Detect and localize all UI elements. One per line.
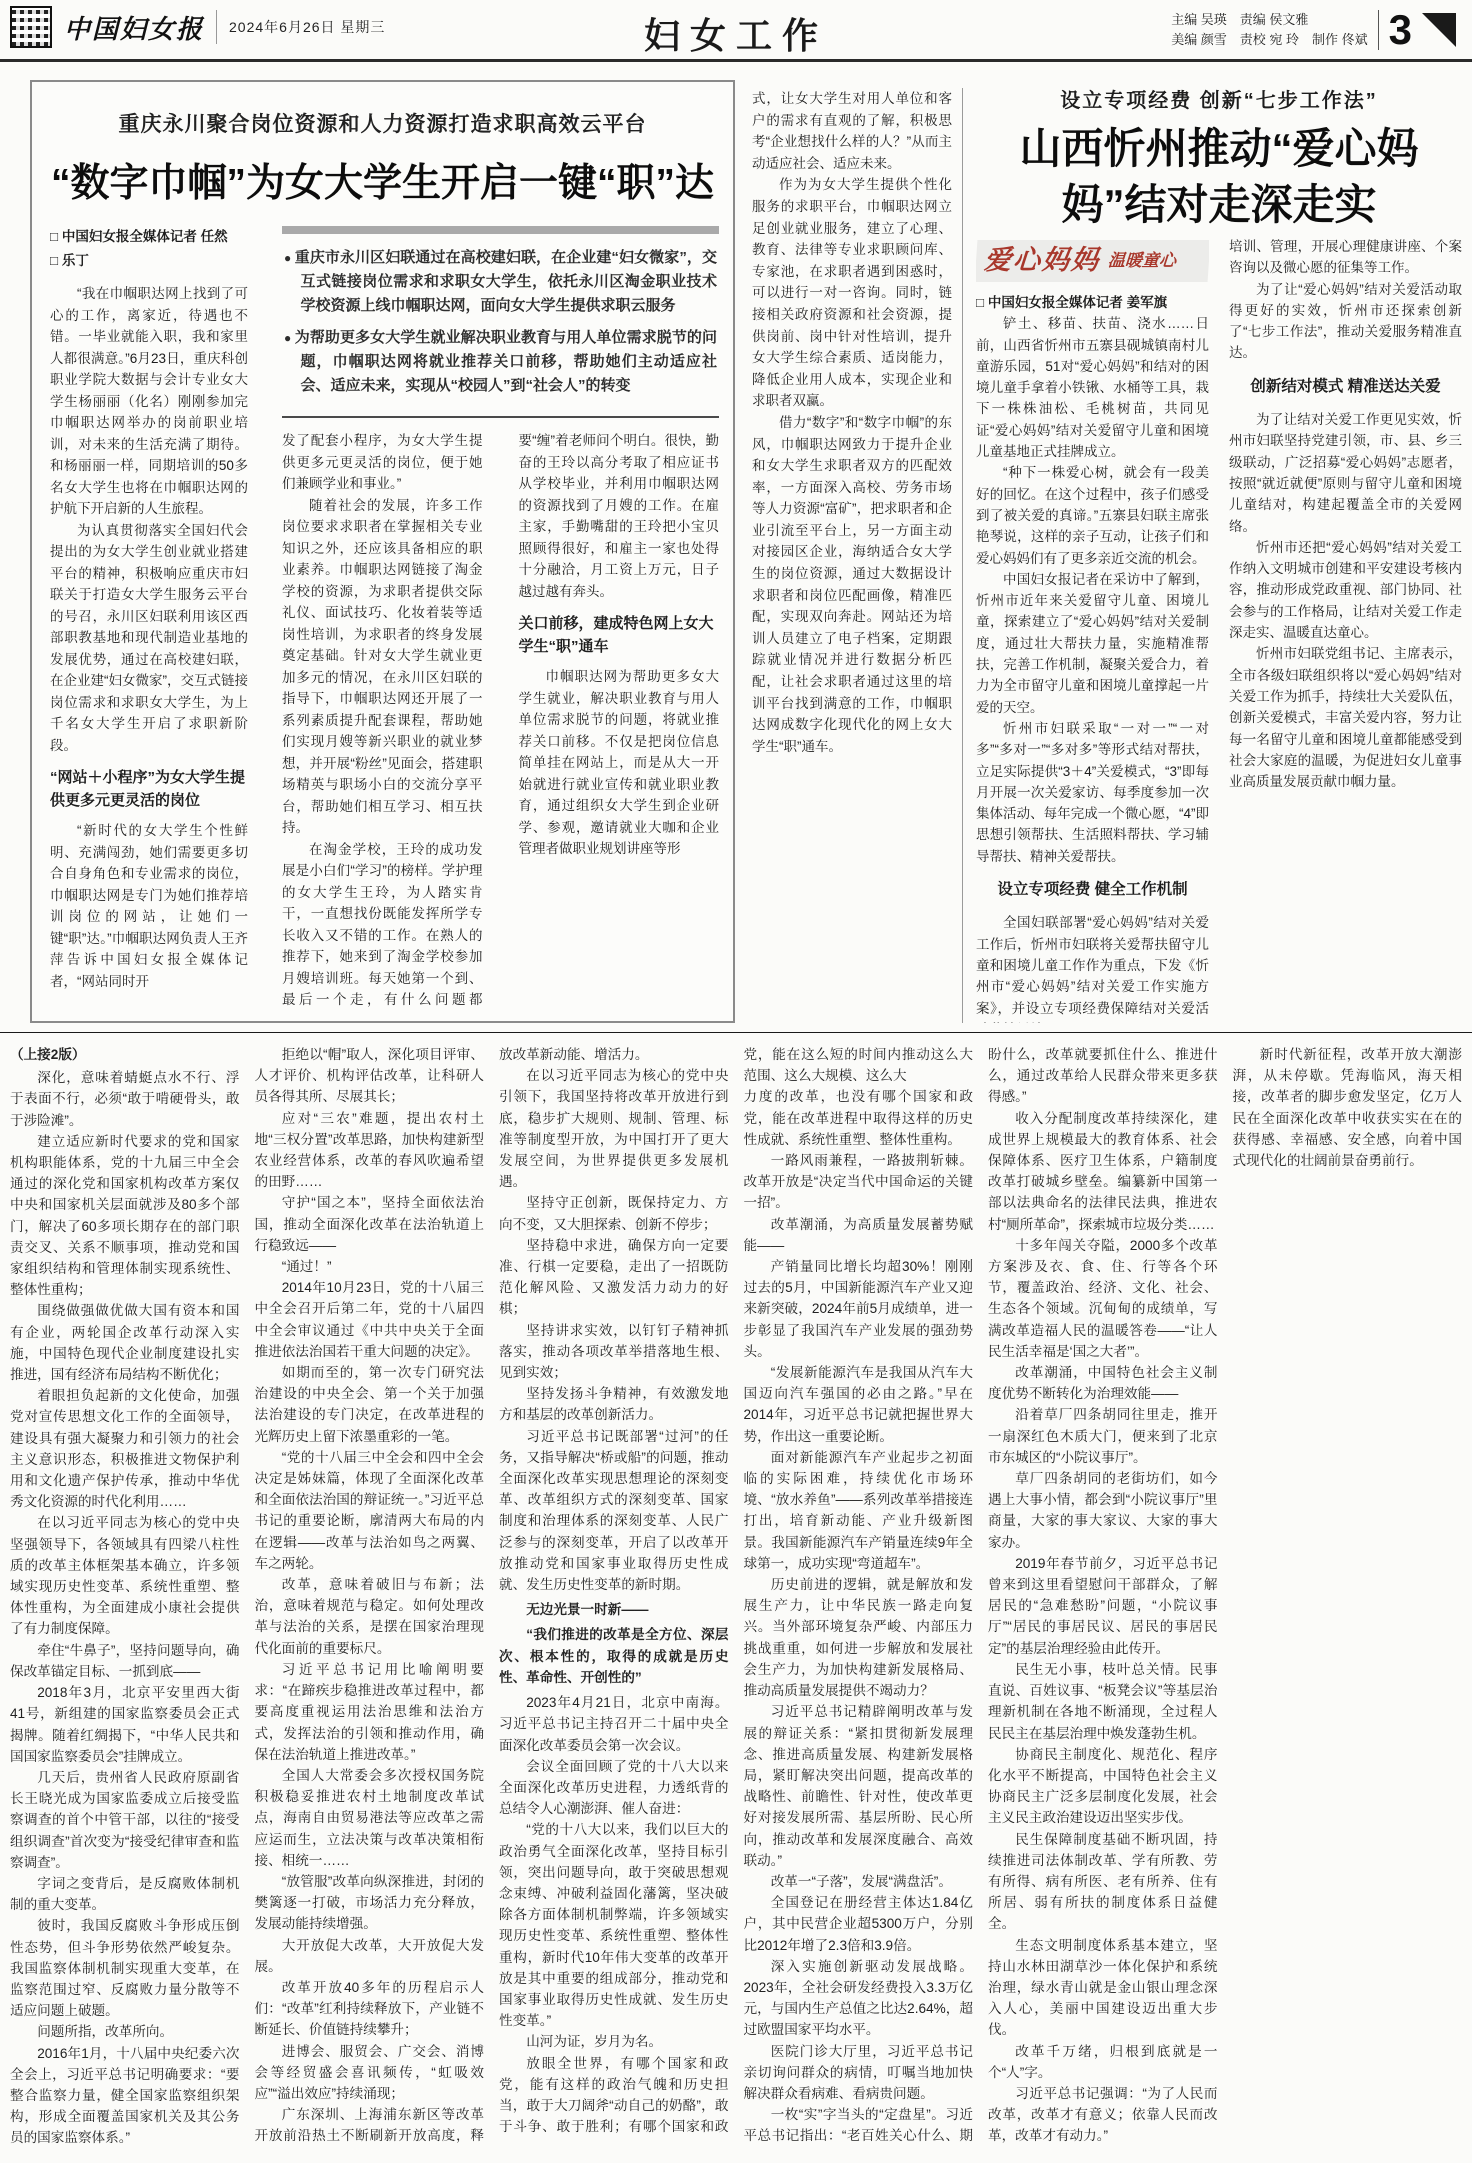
- main-article-columns-2-3: 发了配套小程序，为女大学生提供更多元更灵活的岗位，便于她们兼顾学业和事业。”随着…: [282, 430, 719, 1018]
- section-divider-rule: [0, 1032, 1472, 1033]
- vertical-rule: [962, 88, 963, 1023]
- continued-from-marker: （上接2版）: [10, 1044, 240, 1065]
- paragraph: “种下一株爱心树，就会有一段美好的回忆。在这个过程中，孩子们感受到了被关爱的真谛…: [976, 462, 1209, 568]
- page-number-divider: [1378, 10, 1379, 50]
- right-article: 设立专项经费 创新“七步工作法” 山西忻州推动“爱心妈妈”结对走深走实 爱心妈妈…: [976, 84, 1462, 1023]
- staff-line-2: 美编 颜雪 责校 宛 玲 制作 佟斌: [1171, 30, 1367, 50]
- summary-bullets: 重庆市永川区妇联通过在高校建妇联，在企业建“妇女微家”，交互式链接岗位需求和求职…: [282, 226, 719, 418]
- paragraph: 全国人大常委会多次授权国务院积极稳妥推进农村土地制度改革试点，海南自由贸易港法等…: [255, 1765, 485, 1871]
- paragraph: 拒绝以“帽”取人，深化项目评审、人才评价、机构评估改革，让科研人员各得其所、尽展…: [255, 1044, 485, 1108]
- paragraph: 围绕做强做优做大国有资本和国有企业，两轮国企改革行动深入实施，中国特色现代企业制…: [10, 1300, 240, 1385]
- masthead-logo: 中国妇女报: [64, 9, 204, 46]
- paragraph: 改革，意味着破旧与布新；法治，意味着规范与稳定。如何处理改革与法治的关系，是摆在…: [255, 1574, 485, 1659]
- paragraph: 全国妇联部署“爱心妈妈”结对关爱工作后，忻州市妇联将关爱帮扶留守儿童和困境儿童工…: [976, 912, 1209, 1023]
- right-article-column-1: 爱心妈妈 温暖童心 □ 中国妇女报全媒体记者 姜军旗铲土、移苗、扶苗、浇水……日…: [976, 236, 1209, 1023]
- paragraph: 生态文明制度体系基本建立，坚持山水林田湖草沙一体化保护和系统治理，绿水青山就是金…: [988, 1935, 1218, 2041]
- bold-paragraph: “我们推进的改革是全方位、深层次、根本性的，取得的成就是历史性、革命性、开创性的…: [499, 1624, 729, 1688]
- byline: □ 中国妇女报全媒体记者 任然: [50, 226, 248, 248]
- paragraph: 彼时，我国反腐败斗争形成压倒性态势，但斗争形势依然严峻复杂。我国监察体制机制实现…: [10, 1915, 240, 2021]
- paragraph: 建立适应新时代要求的党和国家机构职能体系，党的十九届三中全会通过的深化党和国家机…: [10, 1131, 240, 1301]
- section-title: 妇女工作: [644, 8, 828, 59]
- paragraph: 守护“国之本”，坚持全面依法治国，推动全面深化改革在法治轨道上行稳致远——: [255, 1192, 485, 1256]
- paragraph: 山河为证，岁月为名。: [499, 2031, 729, 2052]
- paragraph: 改革一“子落”，发展“满盘活”。: [744, 1871, 974, 1892]
- paragraph: 几天后，贵州省人民政府原副省长王晓光成为国家监委成立后接受监察调查的首个中管干部…: [10, 1767, 240, 1873]
- paragraph-continuation: 发了配套小程序，为女大学生提供更多元更灵活的岗位，便于她们兼顾学业和事业。”: [282, 430, 483, 495]
- paragraph: 改革千万绪，归根到底就是一个“人”字。: [988, 2041, 1218, 2083]
- header-divider: [216, 10, 217, 44]
- paragraph: 牵住“牛鼻子”，坚持问题导向，确保改革锚定目标、一抓到底——: [10, 1640, 240, 1682]
- paragraph: 习近平总书记用比喻阐明要求：“在蹄疾步稳推进改革过程中，都要高度重视运用法治思维…: [255, 1659, 485, 1765]
- qr-code-icon: [10, 6, 52, 48]
- paragraph: 深化，意味着蜻蜓点水不行、浮于表面不行，必须“敢于啃硬骨头，敢于涉险滩”。: [10, 1067, 240, 1131]
- paragraph: 一路风雨兼程，一路披荆斩棘。改革开放是“决定当代中国命运的关键一招”。: [744, 1150, 974, 1214]
- paragraph: 作为为女大学生提供个性化服务的求职平台，巾帼职达网立足创业就业服务，建立了心理、…: [752, 174, 952, 412]
- paragraph: 大开放促大改革，大开放促大发展。: [255, 1935, 485, 1977]
- paragraph: 收入分配制度改革持续深化，建成世界上规模最大的教育体系、社会保障体系、医疗卫生体…: [988, 1108, 1218, 1235]
- paragraph: 应对“三农”难题，提出农村土地“三权分置”改革思路，加快构建新型农业经营体系，改…: [255, 1108, 485, 1193]
- paragraph: 习近平总书记精辟阐明改革与发展的辩证关系：“紧扣贯彻新发展理念、推进高质量发展、…: [744, 1701, 974, 1871]
- paragraph: 坚持讲求实效，以钉钉子精神抓落实，推动各项改革举措落地生根、见到实效；: [499, 1320, 729, 1384]
- paragraph: 改革潮涌，为高质量发展蓄势赋能——: [744, 1214, 974, 1256]
- paragraph-continuation: 式，让女大学生对用人单位和客户的需求有直观的了解，积极思考“企业想找什么样的人？…: [752, 88, 952, 174]
- right-article-kicker: 设立专项经费 创新“七步工作法”: [976, 84, 1462, 113]
- page-number: 3: [1389, 8, 1412, 52]
- paragraph: 在以习近平同志为核心的党中央引领下，我国坚持将改革开放进行到底，稳步扩大规则、规…: [499, 1065, 729, 1192]
- subhead: 关口前移，建成特色网上女大学生“职”通车: [519, 612, 720, 658]
- paragraph: 进博会、服贸会、广交会、消博会等经贸盛会喜讯频传，“虹吸效应”“溢出效应”持续涌…: [255, 2041, 485, 2105]
- paragraph-continuation: 培训、管理，开展心理健康讲座、个案咨询以及微心愿的征集等工作。: [1229, 236, 1462, 279]
- staff-credits: 主编 吴瑛 责编 侯文雅 美编 颜雪 责校 宛 玲 制作 佟斌: [1171, 10, 1367, 50]
- subhead: 创新结对模式 精准送达关爱: [1229, 376, 1462, 397]
- paragraph: “党的十八大以来，我们以巨大的政治勇气全面深化改革，坚持目标引领，突出问题导向，…: [499, 1819, 729, 2031]
- right-article-headline: 山西忻州推动“爱心妈妈”结对走深走实: [976, 121, 1462, 233]
- paragraph: 改革潮涌，中国特色社会主义制度优势不断转化为治理效能——: [988, 1362, 1218, 1404]
- summary-bullet: 为帮助更多女大学生就业解决职业教育与用人单位需求脱节的问题，巾帼职达网将就业推荐…: [284, 326, 717, 398]
- paragraph: 为了让“爱心妈妈”结对关爱活动取得更好的实效，忻州市还探索创新了“七步工作法”，…: [1229, 279, 1462, 364]
- paragraph: “我在巾帼职达网上找到了可心的工作，离家近，待遇也不错。一毕业就能入职，我和家里…: [50, 283, 248, 520]
- paragraph: 全国登记在册经营主体达1.84亿户，其中民营企业超5300万户，分别比2012年…: [744, 1892, 974, 1956]
- paragraph: 在以习近平同志为核心的党中央坚强领导下，各领域具有四梁八柱性质的改革主体框架基本…: [10, 1512, 240, 1639]
- paragraph: 2018年3月，北京平安里西大街41号，新组建的国家监察委员会正式揭牌。随着红绸…: [10, 1682, 240, 1767]
- summary-bullet: 重庆市永川区妇联通过在高校建妇联，在企业建“妇女微家”，交互式链接岗位需求和求职…: [284, 246, 717, 318]
- paragraph: 为认真贯彻落实全国妇代会提出的为女大学生创业就业搭建平台的精神，积极响应重庆市妇…: [50, 520, 248, 757]
- paragraph: 借力“数字”和“数字巾帼”的东风，巾帼职达网致力于提升企业和女大学生求职者双方的…: [752, 412, 952, 758]
- paragraph: 历史前进的逻辑，就是解放和发展生产力，让中华民族一路走向复兴。当外部环境复杂严峻…: [744, 1574, 974, 1701]
- main-article-body: □ 中国妇女报全媒体记者 任然□ 乐丁“我在巾帼职达网上找到了可心的工作，离家近…: [50, 226, 715, 1006]
- paragraph: 坚持发扬斗争精神，有效激发地方和基层的改革创新活力。: [499, 1383, 729, 1425]
- paragraph: 习近平总书记既部署“过河”的任务，又指导解决“桥或船”的问题，推动全面深化改革实…: [499, 1426, 729, 1596]
- continuation-article: （上接2版）深化，意味着蜻蜓点水不行、浮于表面不行，必须“敢于啃硬骨头，敢于涉险…: [10, 1044, 1462, 2149]
- paragraph: 民生无小事，枝叶总关情。民事直说、百姓议事、“板凳会议”等基层治理新机制在各地不…: [988, 1659, 1218, 1744]
- paragraph: 习近平总书记强调：“为了人民而改革，改革才有意义；依靠人民而改革，改革才有动力。…: [988, 2083, 1218, 2147]
- bold-paragraph: 无边光景一时新——: [499, 1599, 729, 1620]
- staff-line-1: 主编 吴瑛 责编 侯文雅: [1171, 10, 1367, 30]
- paragraph: 随着社会的发展，许多工作岗位要求求职者在掌握相关专业知识之外，还应该具备相应的职…: [282, 495, 483, 839]
- paragraph: 忻州市妇联采取“一对一”“一对多”“多对一”“多对多”等形式结对帮扶，立足实际提…: [976, 718, 1209, 867]
- issue-date: 2024年6月26日 星期三: [229, 17, 385, 37]
- byline: □ 乐丁: [50, 250, 248, 272]
- paragraph: 坚持稳中求进，确保方向一定要准、行棋一定要稳，走出了一招既防范化解风险、又激发活…: [499, 1235, 729, 1320]
- main-article-column-1: □ 中国妇女报全媒体记者 任然□ 乐丁“我在巾帼职达网上找到了可心的工作，离家近…: [50, 226, 248, 1006]
- paragraph: 新时代新征程，改革开放大潮澎湃，从未停歇。凭海临风，海天相接，改革者的脚步愈发坚…: [1233, 1044, 1463, 1171]
- byline: □ 中国妇女报全媒体记者 姜军旗: [976, 292, 1209, 313]
- paragraph: 协商民主制度化、规范化、程序化水平不断提高，中国特色社会主义协商民主广泛多层制度…: [988, 1744, 1218, 1829]
- paragraph: 2014年10月23日，党的十八届三中全会召开后第二年，党的十八届四中全会审议通…: [255, 1277, 485, 1362]
- paragraph: 为了让结对关爱工作更见实效，忻州市妇联坚持党建引领，市、县、乡三级联动，广泛招募…: [1229, 409, 1462, 537]
- paragraph: 着眼担负起新的文化使命，加强党对宣传思想文化工作的全面领导，建设具有强大凝聚力和…: [10, 1385, 240, 1512]
- main-article-kicker: 重庆永川聚合岗位资源和人力资源打造求职高效云平台: [50, 108, 715, 138]
- paragraph: 铲土、移苗、扶苗、浇水……日前，山西省忻州市五寨县砚城镇南村儿童游乐园，51对“…: [976, 313, 1209, 462]
- calligraphy-text-small: 温暖童心: [1107, 250, 1176, 271]
- paragraph: “新时代的女大学生个性鲜明、充满闯劲，她们需要更多切合自身角色和专业需求的岗位，…: [50, 820, 248, 992]
- paragraph: 深入实施创新驱动发展战略。2023年，全社会研发经费投入3.3万亿元，与国内生产…: [744, 1956, 974, 2041]
- paragraph: “通过！”: [255, 1256, 485, 1277]
- right-article-column-2: 培训、管理，开展心理健康讲座、个案咨询以及微心愿的征集等工作。为了让“爱心妈妈”…: [1229, 236, 1462, 1023]
- paragraph: 改革开放40多年的历程启示人们：“改革”红利持续释放下，产业链不断延长、价值链持…: [255, 1977, 485, 2041]
- newspaper-page: 中国妇女报 2024年6月26日 星期三 妇女工作 主编 吴瑛 责编 侯文雅 美…: [0, 0, 1472, 2163]
- page-header: 中国妇女报 2024年6月26日 星期三 妇女工作 主编 吴瑛 责编 侯文雅 美…: [0, 0, 1472, 62]
- corner-flag-icon: [1422, 13, 1456, 47]
- paragraph: 医院门诊大厅里，习近平总书记亲切询问群众的病情，叮嘱当地加快解决群众看病难、看病…: [744, 2041, 974, 2105]
- paragraph: 如期而至的，第一次专门研究法治建设的中央全会、第一个关于加强法治建设的专门决定，…: [255, 1362, 485, 1447]
- subhead: “网站＋小程序”为女大学生提供更多元更灵活的岗位: [50, 766, 248, 812]
- paragraph: 2016年1月，十八届中央纪委六次全会上，习近平总书记明确要求：“要整合监察力量…: [10, 2043, 240, 2149]
- paragraph: 产销量同比增长均超30%！刚刚过去的5月，中国新能源汽车产业又迎来新突破，202…: [744, 1256, 974, 1362]
- paragraph: 2023年4月21日，北京中南海。习近平总书记主持召开二十届中央全面深化改革委员…: [499, 1692, 729, 1756]
- paragraph: 十多年闯关夺隘，2000多个改革方案涉及衣、食、住、行等各个环节，覆盖政治、经济…: [988, 1235, 1218, 1362]
- paragraph-continuation: 力度的改革，也没有哪个国家和政党，能在改革进程中取得这样的历史性成就、系统性重塑…: [744, 1086, 974, 1150]
- paragraph: 面对新能源汽车产业起步之初面临的实际困难，持续优化市场环境、“放水养鱼”——系列…: [744, 1447, 974, 1574]
- main-article: 重庆永川聚合岗位资源和人力资源打造求职高效云平台 “数字巾帼”为女大学生开启一键…: [30, 80, 735, 1023]
- calligraphy-text-large: 爱心妈妈: [983, 250, 1100, 271]
- paragraph: “放管服”改革向纵深推进，封闭的樊篱逐一打破，市场活力充分释放，发展动能持续增强…: [255, 1871, 485, 1935]
- paragraph: 草厂四条胡同的老街坊们，如今遇上大事小情，都会到“小院议事厅”里商量，大家的事大…: [988, 1468, 1218, 1553]
- paragraph: 会议全面回顾了党的十八大以来全面深化改革历史进程，力透纸背的总结令人心潮澎湃、催…: [499, 1756, 729, 1820]
- paragraph: 2019年春节前夕，习近平总书记曾来到这里看望慰问干部群众，了解居民的“急难愁盼…: [988, 1553, 1218, 1659]
- spacer: [50, 273, 248, 283]
- paragraph: 忻州市还把“爱心妈妈”结对关爱工作纳入文明城市创建和平安建设考核内容，推动形成党…: [1229, 537, 1462, 643]
- main-article-side-column: 式，让女大学生对用人单位和客户的需求有直观的了解，积极思考“企业想找什么样的人？…: [752, 88, 952, 1023]
- calligraphy-banner: 爱心妈妈 温暖童心: [976, 240, 1209, 282]
- subhead: 设立专项经费 健全工作机制: [976, 879, 1209, 900]
- paragraph: 沿着草厂四条胡同往里走，推开一扇深红色木质大门，便来到了北京市东城区的“小院议事…: [988, 1404, 1218, 1468]
- main-article-headline: “数字巾帼”为女大学生开启一键“职”达: [50, 152, 715, 208]
- paragraph: 问题所指，改革所向。: [10, 2021, 240, 2042]
- paragraph: “发展新能源汽车是我国从汽车大国迈向汽车强国的必由之路。”早在2014年，习近平…: [744, 1362, 974, 1447]
- paragraph: 忻州市妇联党组书记、主席表示，全市各级妇联组织将以“爱心妈妈”结对关爱工作为抓手…: [1229, 643, 1462, 792]
- paragraph: 坚持守正创新，既保持定力、方向不变，又大胆探索、创新不停步；: [499, 1192, 729, 1234]
- paragraph: 中国妇女报记者在采访中了解到，忻州市近年来关爱留守儿童、困境儿童，探索建立了“爱…: [976, 569, 1209, 718]
- paragraph: 民生保障制度基础不断巩固，持续推进司法体制改革、学有所教、劳有所得、病有所医、老…: [988, 1829, 1218, 1935]
- paragraph: 巾帼职达网为帮助更多女大学生就业，解决职业教育与用人单位需求脱节的问题，将就业推…: [519, 666, 720, 860]
- paragraph: 字词之变背后，是反腐败体制机制的重大变革。: [10, 1873, 240, 1915]
- paragraph: “党的十八届三中全会和四中全会决定是姊妹篇，体现了全面深化改革和全面依法治国的辩…: [255, 1447, 485, 1574]
